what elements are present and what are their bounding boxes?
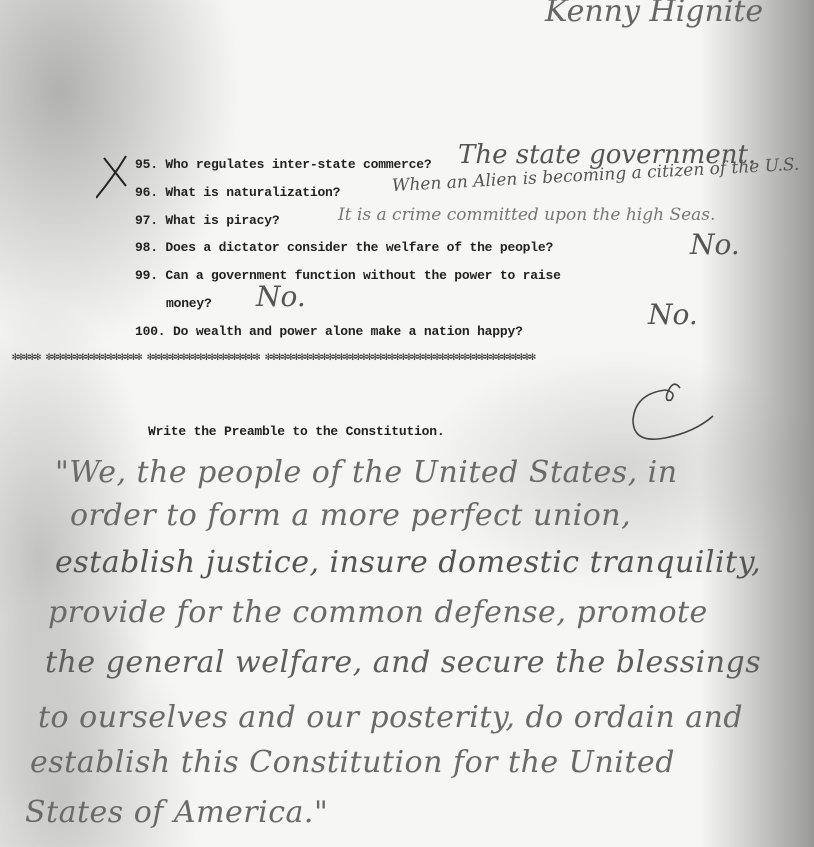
question-99-continued: money? — [166, 296, 212, 311]
answer-100: No. — [648, 298, 698, 331]
preamble-line: establish this Constitution for the Unit… — [30, 745, 675, 780]
preamble-prompt: Write the Preamble to the Constitution. — [148, 424, 444, 439]
student-name: Kenny Hignite — [545, 0, 763, 29]
question-number: 97. — [135, 213, 158, 228]
preamble-line: order to form a more perfect union, — [70, 498, 631, 533]
answer-99: No. — [256, 280, 306, 313]
wrong-mark-icon — [96, 150, 136, 200]
question-text: Can a government function without the po… — [165, 268, 560, 283]
question-text: Do wealth and power alone make a nation … — [173, 324, 523, 339]
answer-98: No. — [690, 228, 740, 261]
preamble-line: provide for the common defense, promote — [48, 595, 708, 630]
question-95: 95. Who regulates inter-state commerce? — [135, 157, 431, 172]
grade-c-mark — [625, 380, 715, 450]
preamble-line: establish justice, insure domestic tranq… — [55, 545, 761, 580]
question-text: What is naturalization? — [165, 185, 340, 200]
preamble-line: "We, the people of the United States, in — [55, 455, 678, 490]
question-98: 98. Does a dictator consider the welfare… — [135, 240, 553, 255]
question-number: 96. — [135, 185, 158, 200]
preamble-line: States of America." — [25, 795, 328, 830]
question-97: 97. What is piracy? — [135, 213, 279, 228]
section-divider: ✻✻✻✻✻ ✻✻✻✻✻✻✻✻✻✻✻✻✻✻✻✻✻ ✻✻✻✻✻✻✻✻✻✻✻✻✻✻✻✻… — [12, 350, 802, 363]
worksheet-page: Kenny Hignite 95. Who regulates inter-st… — [0, 0, 814, 847]
question-99: 99. Can a government function without th… — [135, 268, 561, 283]
answer-97: It is a crime committed upon the high Se… — [338, 205, 715, 225]
question-number: 99. — [135, 268, 158, 283]
preamble-line: the general welfare, and secure the bles… — [45, 645, 761, 680]
question-number: 95. — [135, 157, 158, 172]
question-number: 98. — [135, 240, 158, 255]
question-text: Does a dictator consider the welfare of … — [165, 240, 553, 255]
question-100: 100. Do wealth and power alone make a na… — [135, 324, 523, 339]
preamble-line: to ourselves and our posterity, do ordai… — [38, 700, 743, 735]
question-text: What is piracy? — [165, 213, 279, 228]
question-number: 100. — [135, 324, 165, 339]
question-96: 96. What is naturalization? — [135, 185, 340, 200]
question-text: Who regulates inter-state commerce? — [165, 157, 431, 172]
